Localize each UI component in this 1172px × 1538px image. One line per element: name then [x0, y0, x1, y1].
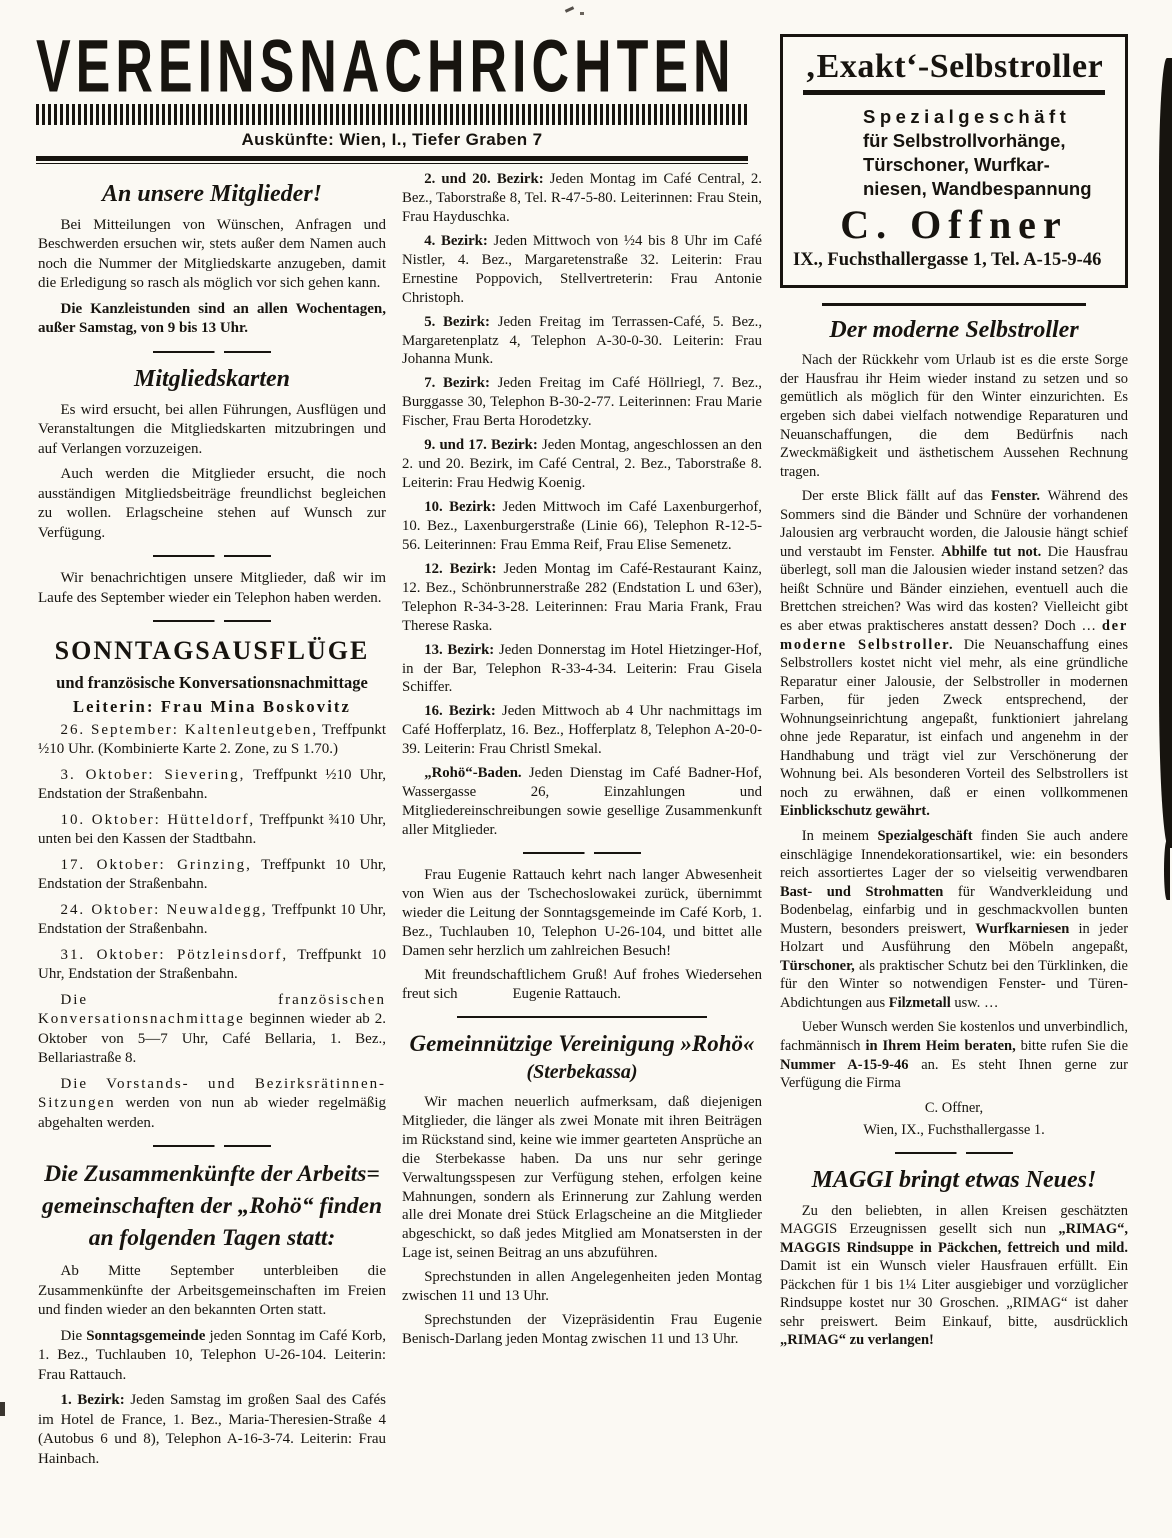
paragraph: Mit freundschaftlichem Gruß! Auf frohes … [402, 966, 762, 1004]
column-left: An unsere Mitglieder! Bei Mitteilungen v… [38, 170, 386, 1475]
article-heading-maggi: MAGGI bringt etwas Neues! [780, 1166, 1128, 1195]
section-heading-members: An unsere Mitglieder! [38, 180, 386, 209]
paragraph: Die Sonntagsgemeinde jeden Sonntag im Ca… [38, 1327, 386, 1386]
district-item: 2. und 20. Bezirk: Jeden Montag im Café … [402, 170, 762, 227]
ad-description: Spezialgeschäft für Selbstrollvorhänge, … [793, 105, 1115, 201]
district-item: 7. Bezirk: Jeden Freitag im Café Höllrie… [402, 374, 762, 431]
district-item: 12. Bezirk: Jeden Montag im Café-Restaur… [402, 560, 762, 636]
paragraph: Frau Eugenie Rattauch kehrt nach langer … [402, 866, 762, 961]
section-subheading-roho: (Sterbekassa) [402, 1060, 762, 1086]
separator [153, 1145, 271, 1147]
masthead: VEREINSNACHRICHTEN Auskünfte: Wien, I., … [36, 26, 748, 164]
signature-address: Wien, IX., Fuchsthallergasse 1. [780, 1121, 1128, 1140]
paragraph: Die französischen Konversationsnachmitta… [38, 991, 386, 1069]
ad-firm-name: C. Offner [793, 203, 1115, 247]
separator [153, 351, 271, 353]
masthead-title: VEREINSNACHRICHTEN [36, 26, 748, 134]
excursions-subtitle: und französische Konversationsnachmittag… [38, 672, 386, 693]
paragraph: Es wird ersucht, bei allen Führungen, Au… [38, 401, 386, 460]
paragraph: In meinem Spezialgeschäft finden Sie auc… [780, 827, 1128, 1012]
paragraph: Wir machen neuerlich aufmerksam, daß die… [402, 1093, 762, 1263]
paragraph: Sprechstunden in allen Angelegenheiten j… [402, 1268, 762, 1306]
paragraph: Nach der Rückkehr vom Urlaub ist es die … [780, 351, 1128, 481]
paragraph: Auch werden die Mitglieder ersucht, die … [38, 465, 386, 543]
ad-brand-underline [803, 90, 1106, 95]
ad-address: IX., Fuchsthallergasse 1, Tel. A-15-9-46 [793, 249, 1115, 273]
header-rule-thin [36, 163, 748, 164]
newspaper-page: VEREINSNACHRICHTEN Auskünfte: Wien, I., … [0, 0, 1172, 1538]
advertisement-box: ‚Exakt‘-Selbstroller Spezialgeschäft für… [780, 34, 1128, 288]
district-item: 16. Bezirk: Jeden Mittwoch ab 4 Uhr nach… [402, 702, 762, 759]
paragraph: Zu den beliebten, in allen Kreisen gesch… [780, 1202, 1128, 1350]
scan-artifact [580, 12, 584, 15]
district-item: 10. Bezirk: Jeden Mittwoch im Café Laxen… [402, 498, 762, 555]
separator [153, 620, 271, 622]
column-middle: 2. und 20. Bezirk: Jeden Montag im Café … [402, 170, 762, 1354]
paragraph: Die Kanzleistunden sind an allen Wochent… [38, 300, 386, 339]
district-item: 13. Bezirk: Jeden Donnerstag im Hotel Hi… [402, 641, 762, 698]
district-item: 1. Bezirk: Jeden Samstag im großen Saal … [38, 1391, 386, 1469]
paragraph: Wir benachrichtigen unsere Mitglieder, d… [38, 569, 386, 608]
separator [822, 303, 1086, 306]
excursion-item: 31. Oktober: Pötzleinsdorf, Treffpunkt 1… [38, 946, 386, 985]
section-heading-meetings: Die Zusammenkünfte der Arbeits= gemeinsc… [38, 1159, 386, 1254]
district-item: „Rohö“-Baden. Jeden Dienstag im Café Bad… [402, 764, 762, 840]
ad-brand-name: ‚Exakt‘-Selbstroller [793, 49, 1115, 85]
excursion-item: 3. Oktober: Sievering, Treffpunkt ½10 Uh… [38, 766, 386, 805]
excursion-item: 17. Oktober: Grinzing, Treffpunkt 10 Uhr… [38, 856, 386, 895]
district-item: 5. Bezirk: Jeden Freitag im Terrassen-Ca… [402, 313, 762, 370]
paragraph: Ab Mitte September unterbleiben die Zusa… [38, 1262, 386, 1321]
section-heading-roho: Gemeinnützige Vereinigung »Rohö« [402, 1030, 762, 1059]
scan-artifact [1159, 58, 1172, 848]
section-heading-cards: Mitgliedskarten [38, 365, 386, 394]
column-right: ‚Exakt‘-Selbstroller Spezialgeschäft für… [780, 34, 1128, 1356]
separator [153, 555, 271, 557]
signature-name: C. Offner, [780, 1099, 1128, 1118]
district-item: 9. und 17. Bezirk: Jeden Montag, angesch… [402, 436, 762, 493]
paragraph: Die Vorstands- und Bezirksrätinnen-Sitzu… [38, 1075, 386, 1134]
signature: Eugenie Rattauch. [512, 986, 620, 1002]
paragraph: Sprechstunden der Vizepräsidentin Frau E… [402, 1311, 762, 1349]
scan-artifact [1164, 840, 1170, 900]
scan-artifact [565, 6, 574, 13]
excursion-item: 10. Oktober: Hütteldorf, Treffpunkt ¾10 … [38, 811, 386, 850]
article-heading-selbstroller: Der moderne Selbstroller [780, 316, 1128, 345]
separator [457, 1016, 707, 1018]
section-heading-excursions: SONNTAGSAUSFLÜGE [38, 634, 386, 668]
excursion-item: 24. Oktober: Neuwaldegg, Treffpunkt 10 U… [38, 901, 386, 940]
scan-artifact [0, 1402, 5, 1416]
header-rule [36, 156, 748, 161]
separator [523, 852, 641, 854]
excursion-item: 26. September: Kaltenleutgeben, Treffpun… [38, 721, 386, 760]
paragraph: Der erste Blick fällt auf das Fenster. W… [780, 487, 1128, 821]
excursions-leader: Leiterin: Frau Mina Boskovitz [38, 696, 386, 717]
paragraph: Ueber Wunsch werden Sie kostenlos und un… [780, 1018, 1128, 1092]
district-item: 4. Bezirk: Jeden Mittwoch von ½4 bis 8 U… [402, 232, 762, 308]
separator [895, 1152, 1013, 1154]
paragraph: Bei Mitteilungen von Wünschen, Anfragen … [38, 216, 386, 294]
